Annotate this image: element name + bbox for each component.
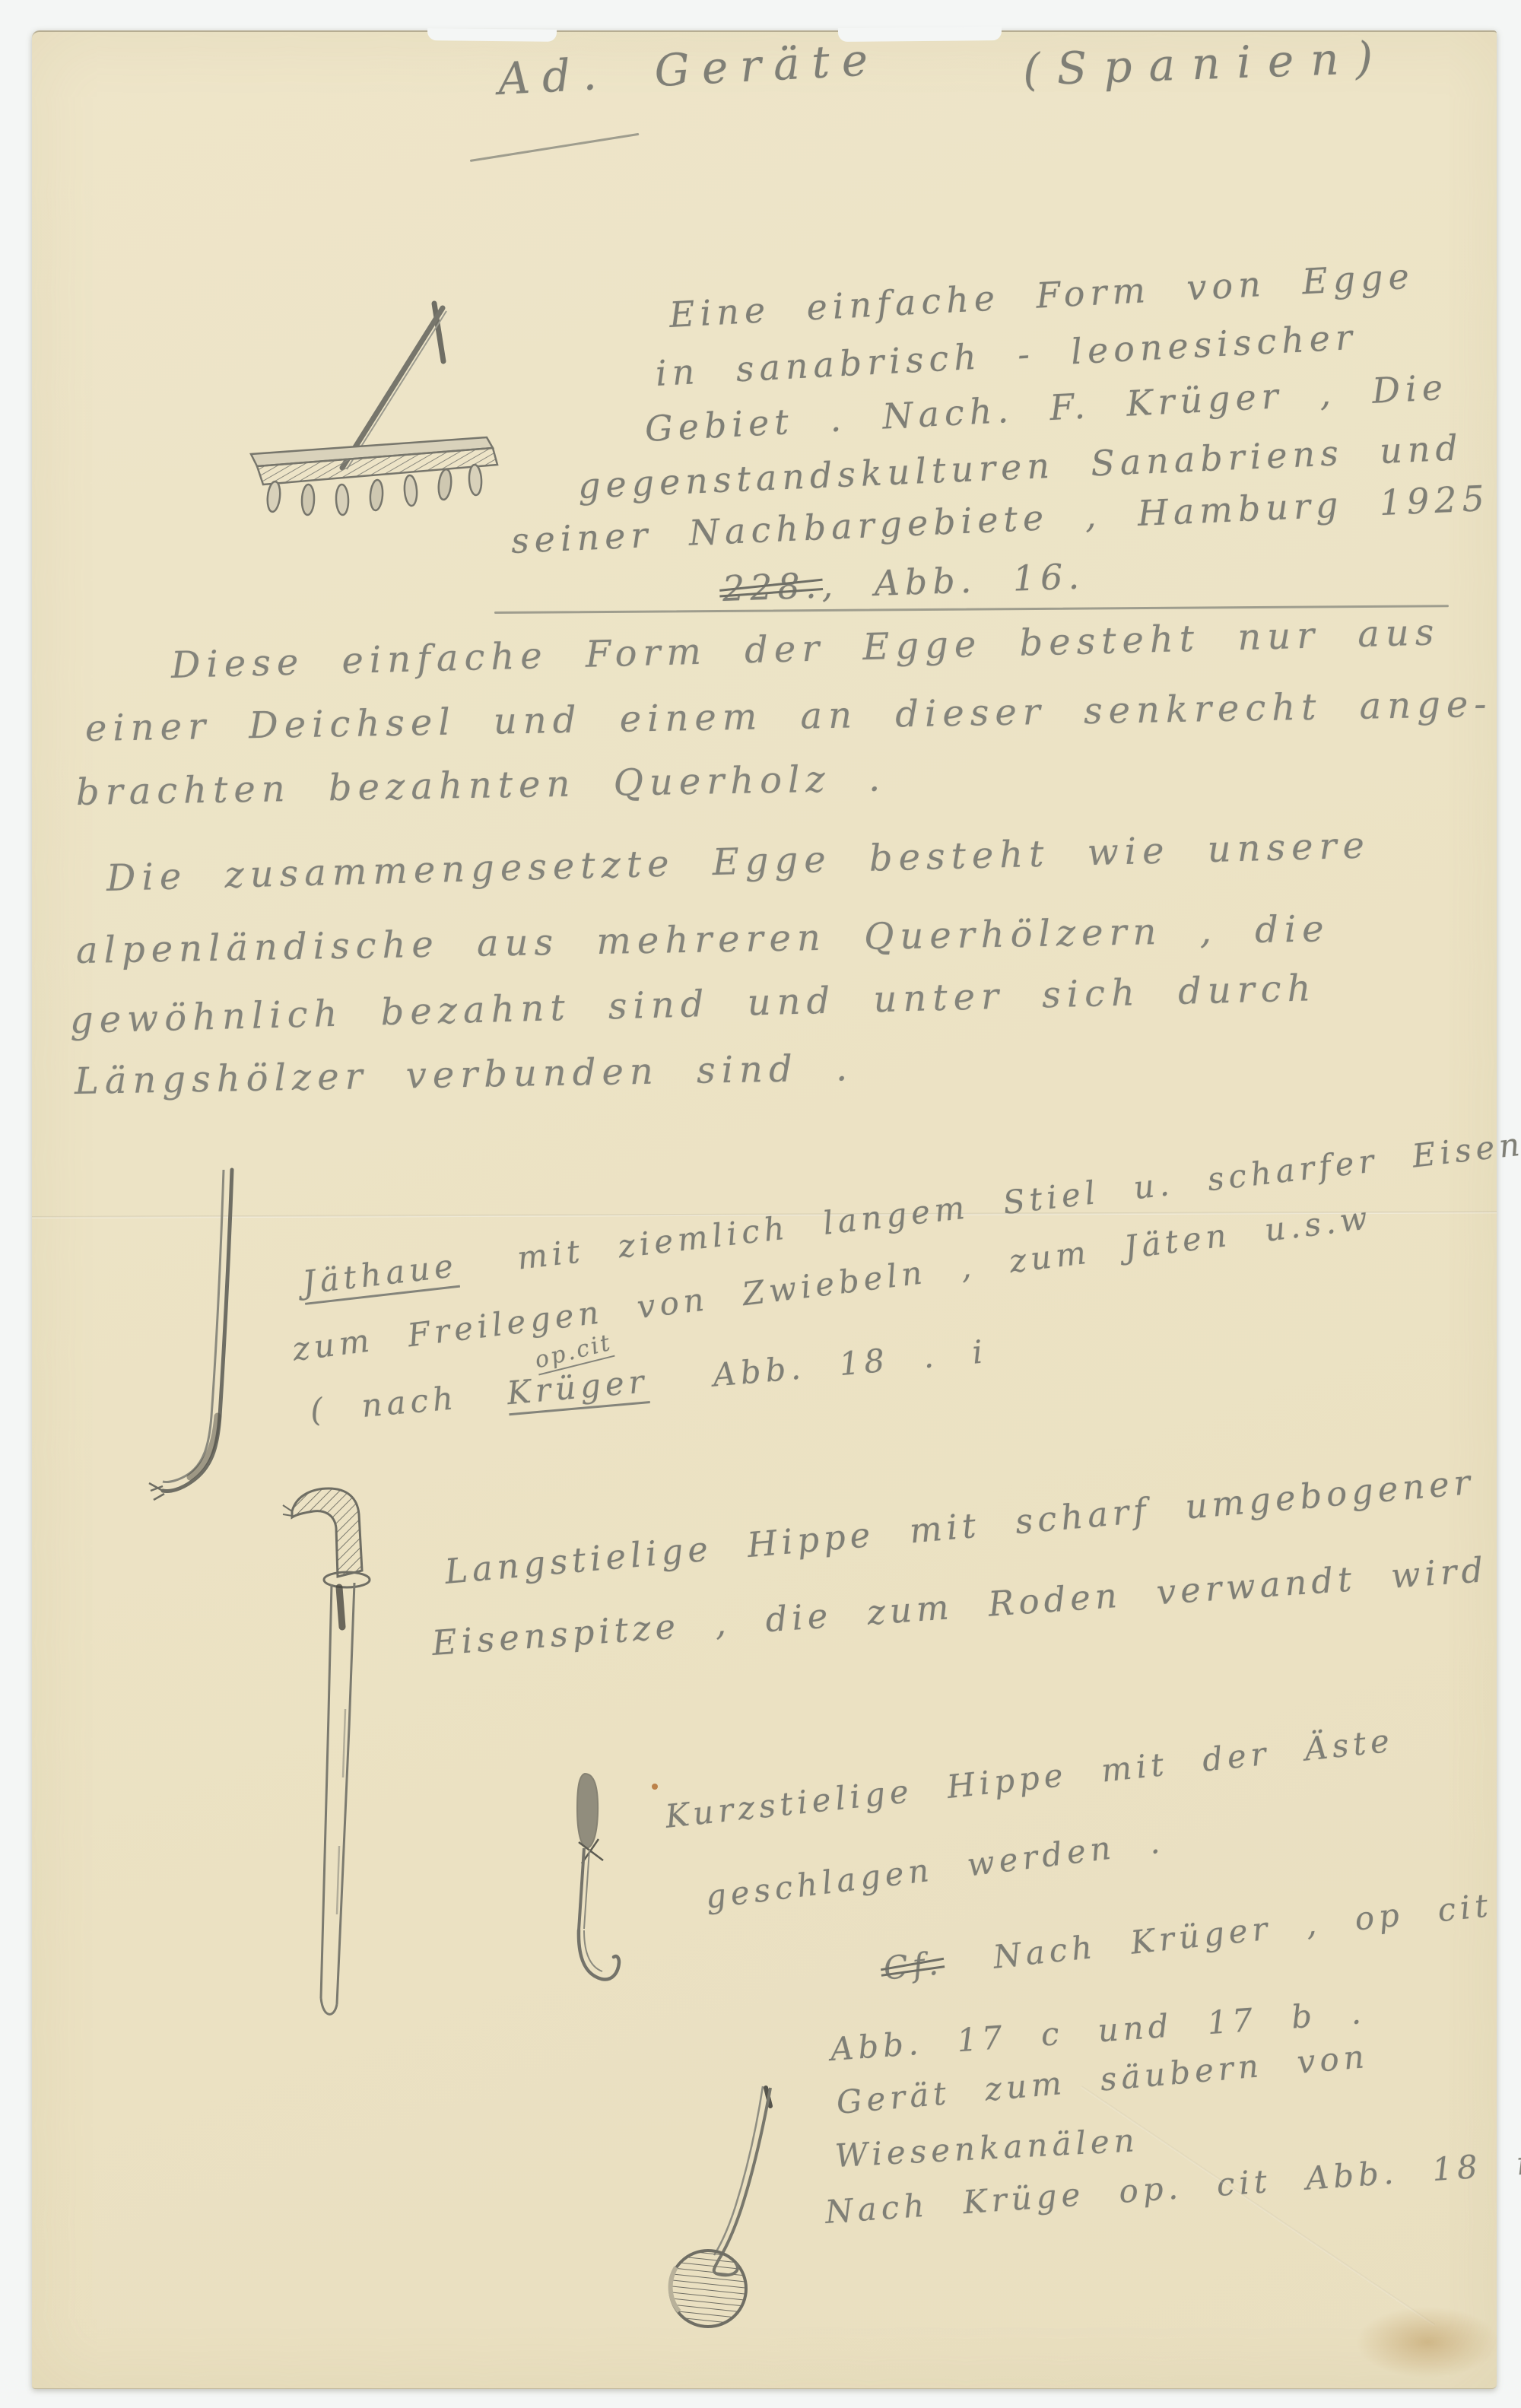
body-text-line: Diese einfache Form der Egge besteht nur… xyxy=(170,611,1440,687)
kurzstielige-reference-line1: Cf. Nach Krüger , op cit . xyxy=(881,1881,1521,1987)
body-text-line: Längshölzer verbunden sind . xyxy=(75,1047,854,1103)
body-text-line: brachten bezahnten Querholz . xyxy=(76,757,887,814)
body-text-line: gewöhnlich bezahnt sind und unter sich d… xyxy=(69,967,1317,1042)
torn-edge-notch xyxy=(427,28,557,42)
harrow-rake-sketch xyxy=(221,294,517,530)
geraet-line2: Wiesenkanälen xyxy=(834,2121,1140,2175)
title-underline xyxy=(470,133,640,162)
scanned-document-page: { "document": { "header": { "title": "Ad… xyxy=(0,0,1521,2408)
langstielige-hippe-sketch xyxy=(281,1481,380,2028)
kurzstielige-hippe-sketch xyxy=(559,1766,635,2002)
struck-page-number: 228. xyxy=(722,564,822,609)
body-text-line: Die zusammengesetzte Egge besteht wie un… xyxy=(106,824,1370,899)
caption-page-reference: 228., Abb. 16. xyxy=(722,555,1085,609)
kanal-reiniger-sketch xyxy=(650,2082,787,2340)
page-title: Ad. Geräte xyxy=(497,33,881,105)
jaethaue-term: Jäthaue xyxy=(300,1247,460,1305)
reference-text: Nach Krüger , op cit . xyxy=(992,1881,1521,1975)
corner-stain xyxy=(1355,2306,1500,2378)
figure-reference: , Abb. 16. xyxy=(821,555,1084,605)
struck-abbreviation: Cf. xyxy=(881,1944,944,1987)
jaethaue-hook-tool-sketch xyxy=(144,1165,259,1523)
paper-speck xyxy=(652,1784,658,1790)
kurzstielige-line1: Kurzstielige Hippe mit der Äste xyxy=(663,1722,1396,1835)
source-figure-ref: Abb. 18 . i xyxy=(711,1333,989,1393)
section-divider-line xyxy=(494,605,1449,614)
body-text-line: alpenländische aus mehreren Querhölzern … xyxy=(76,907,1331,972)
source-prefix: ( nach xyxy=(309,1379,459,1429)
manuscript-paper-sheet: Ad. Geräte (Spanien) Eine einfache Form … xyxy=(32,30,1497,2389)
source-author: Krüger xyxy=(506,1362,650,1415)
body-text-line: einer Deichsel und einem an dieser senkr… xyxy=(85,683,1493,750)
kurzstielige-line2: geschlagen werden . xyxy=(703,1822,1166,1916)
region-annotation: (Spanien) xyxy=(1022,31,1390,96)
